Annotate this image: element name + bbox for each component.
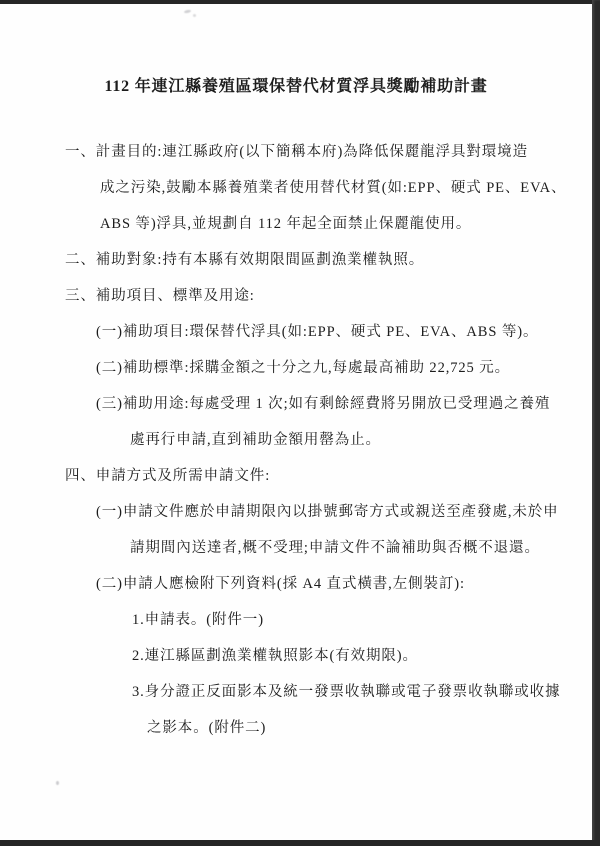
doc-line: 一、計畫目的:連江縣政府(以下簡稱本府)為降低保麗龍浮具對環境造 bbox=[0, 134, 592, 170]
document-content: 112 年連江縣養殖區環保替代材質浮具獎勵補助計畫 一、計畫目的:連江縣政府(以… bbox=[0, 0, 592, 746]
document-title: 112 年連江縣養殖區環保替代材質浮具獎勵補助計畫 bbox=[0, 75, 592, 99]
doc-line: 之影本。(附件二) bbox=[0, 710, 592, 746]
scan-edge-right bbox=[592, 0, 600, 846]
scan-speck bbox=[193, 14, 196, 17]
doc-line: 1.申請表。(附件一) bbox=[0, 602, 592, 638]
doc-line: 二、補助對象:持有本縣有效期限間區劃漁業權執照。 bbox=[0, 242, 592, 278]
doc-line: ABS 等)浮具,並規劃自 112 年起全面禁止保麗龍使用。 bbox=[0, 206, 592, 242]
doc-line: (一)補助項目:環保替代浮具(如:EPP、硬式 PE、EVA、ABS 等)。 bbox=[0, 314, 592, 350]
scan-edge-bottom bbox=[0, 840, 600, 846]
scan-speck bbox=[56, 781, 59, 785]
doc-line: (一)申請文件應於申請期限內以掛號郵寄方式或親送至產發處,未於申 bbox=[0, 494, 592, 530]
doc-line: (二)申請人應檢附下列資料(採 A4 直式橫書,左側裝訂): bbox=[0, 566, 592, 602]
doc-line: 請期間內送達者,概不受理;申請文件不論補助與否概不退還。 bbox=[0, 530, 592, 566]
doc-line: 三、補助項目、標準及用途: bbox=[0, 278, 592, 314]
doc-line: (二)補助標準:採購金額之十分之九,每處最高補助 22,725 元。 bbox=[0, 350, 592, 386]
doc-line: 3.身分證正反面影本及統一發票收執聯或電子發票收執聯或收據 bbox=[0, 674, 592, 710]
doc-line: (三)補助用途:每處受理 1 次;如有剩餘經費將另開放已受理過之養殖 bbox=[0, 386, 592, 422]
doc-line: 成之污染,鼓勵本縣養殖業者使用替代材質(如:EPP、硬式 PE、EVA、 bbox=[0, 170, 592, 206]
doc-line: 2.連江縣區劃漁業權執照影本(有效期限)。 bbox=[0, 638, 592, 674]
doc-line: 四、申請方式及所需申請文件: bbox=[0, 458, 592, 494]
doc-line: 處再行申請,直到補助金額用罄為止。 bbox=[0, 422, 592, 458]
scanned-page: 112 年連江縣養殖區環保替代材質浮具獎勵補助計畫 一、計畫目的:連江縣政府(以… bbox=[0, 0, 600, 846]
document-body: 一、計畫目的:連江縣政府(以下簡稱本府)為降低保麗龍浮具對環境造 成之污染,鼓勵… bbox=[0, 134, 592, 746]
scan-edge-top bbox=[0, 0, 600, 4]
